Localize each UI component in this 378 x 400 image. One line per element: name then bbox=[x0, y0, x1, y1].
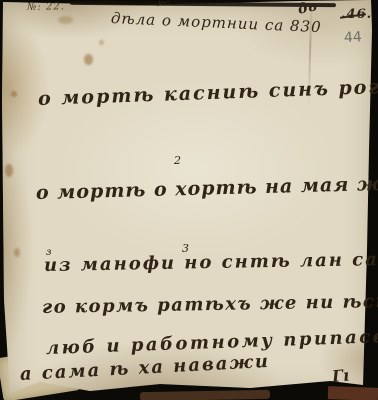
item-marker-2: 2 bbox=[174, 154, 181, 167]
foxing-spot bbox=[84, 54, 93, 65]
foxing-spot bbox=[14, 248, 20, 257]
header-superscript: мс bbox=[157, 0, 170, 9]
foxing-spot bbox=[58, 16, 73, 24]
folio-number-pencil: 44 bbox=[344, 29, 362, 46]
manuscript-photo: №: 22. мс дѣла о мортнии са 830 дь .46. … bbox=[0, 0, 378, 400]
archive-number: №: 22. bbox=[27, 1, 65, 13]
binding-sliver bbox=[140, 390, 270, 400]
manuscript-line-6-fragment: Гı bbox=[331, 366, 350, 386]
foxing-spot bbox=[11, 91, 17, 97]
binding-sliver bbox=[328, 386, 378, 400]
foxing-spot bbox=[5, 164, 13, 177]
foxing-spot bbox=[99, 40, 104, 45]
